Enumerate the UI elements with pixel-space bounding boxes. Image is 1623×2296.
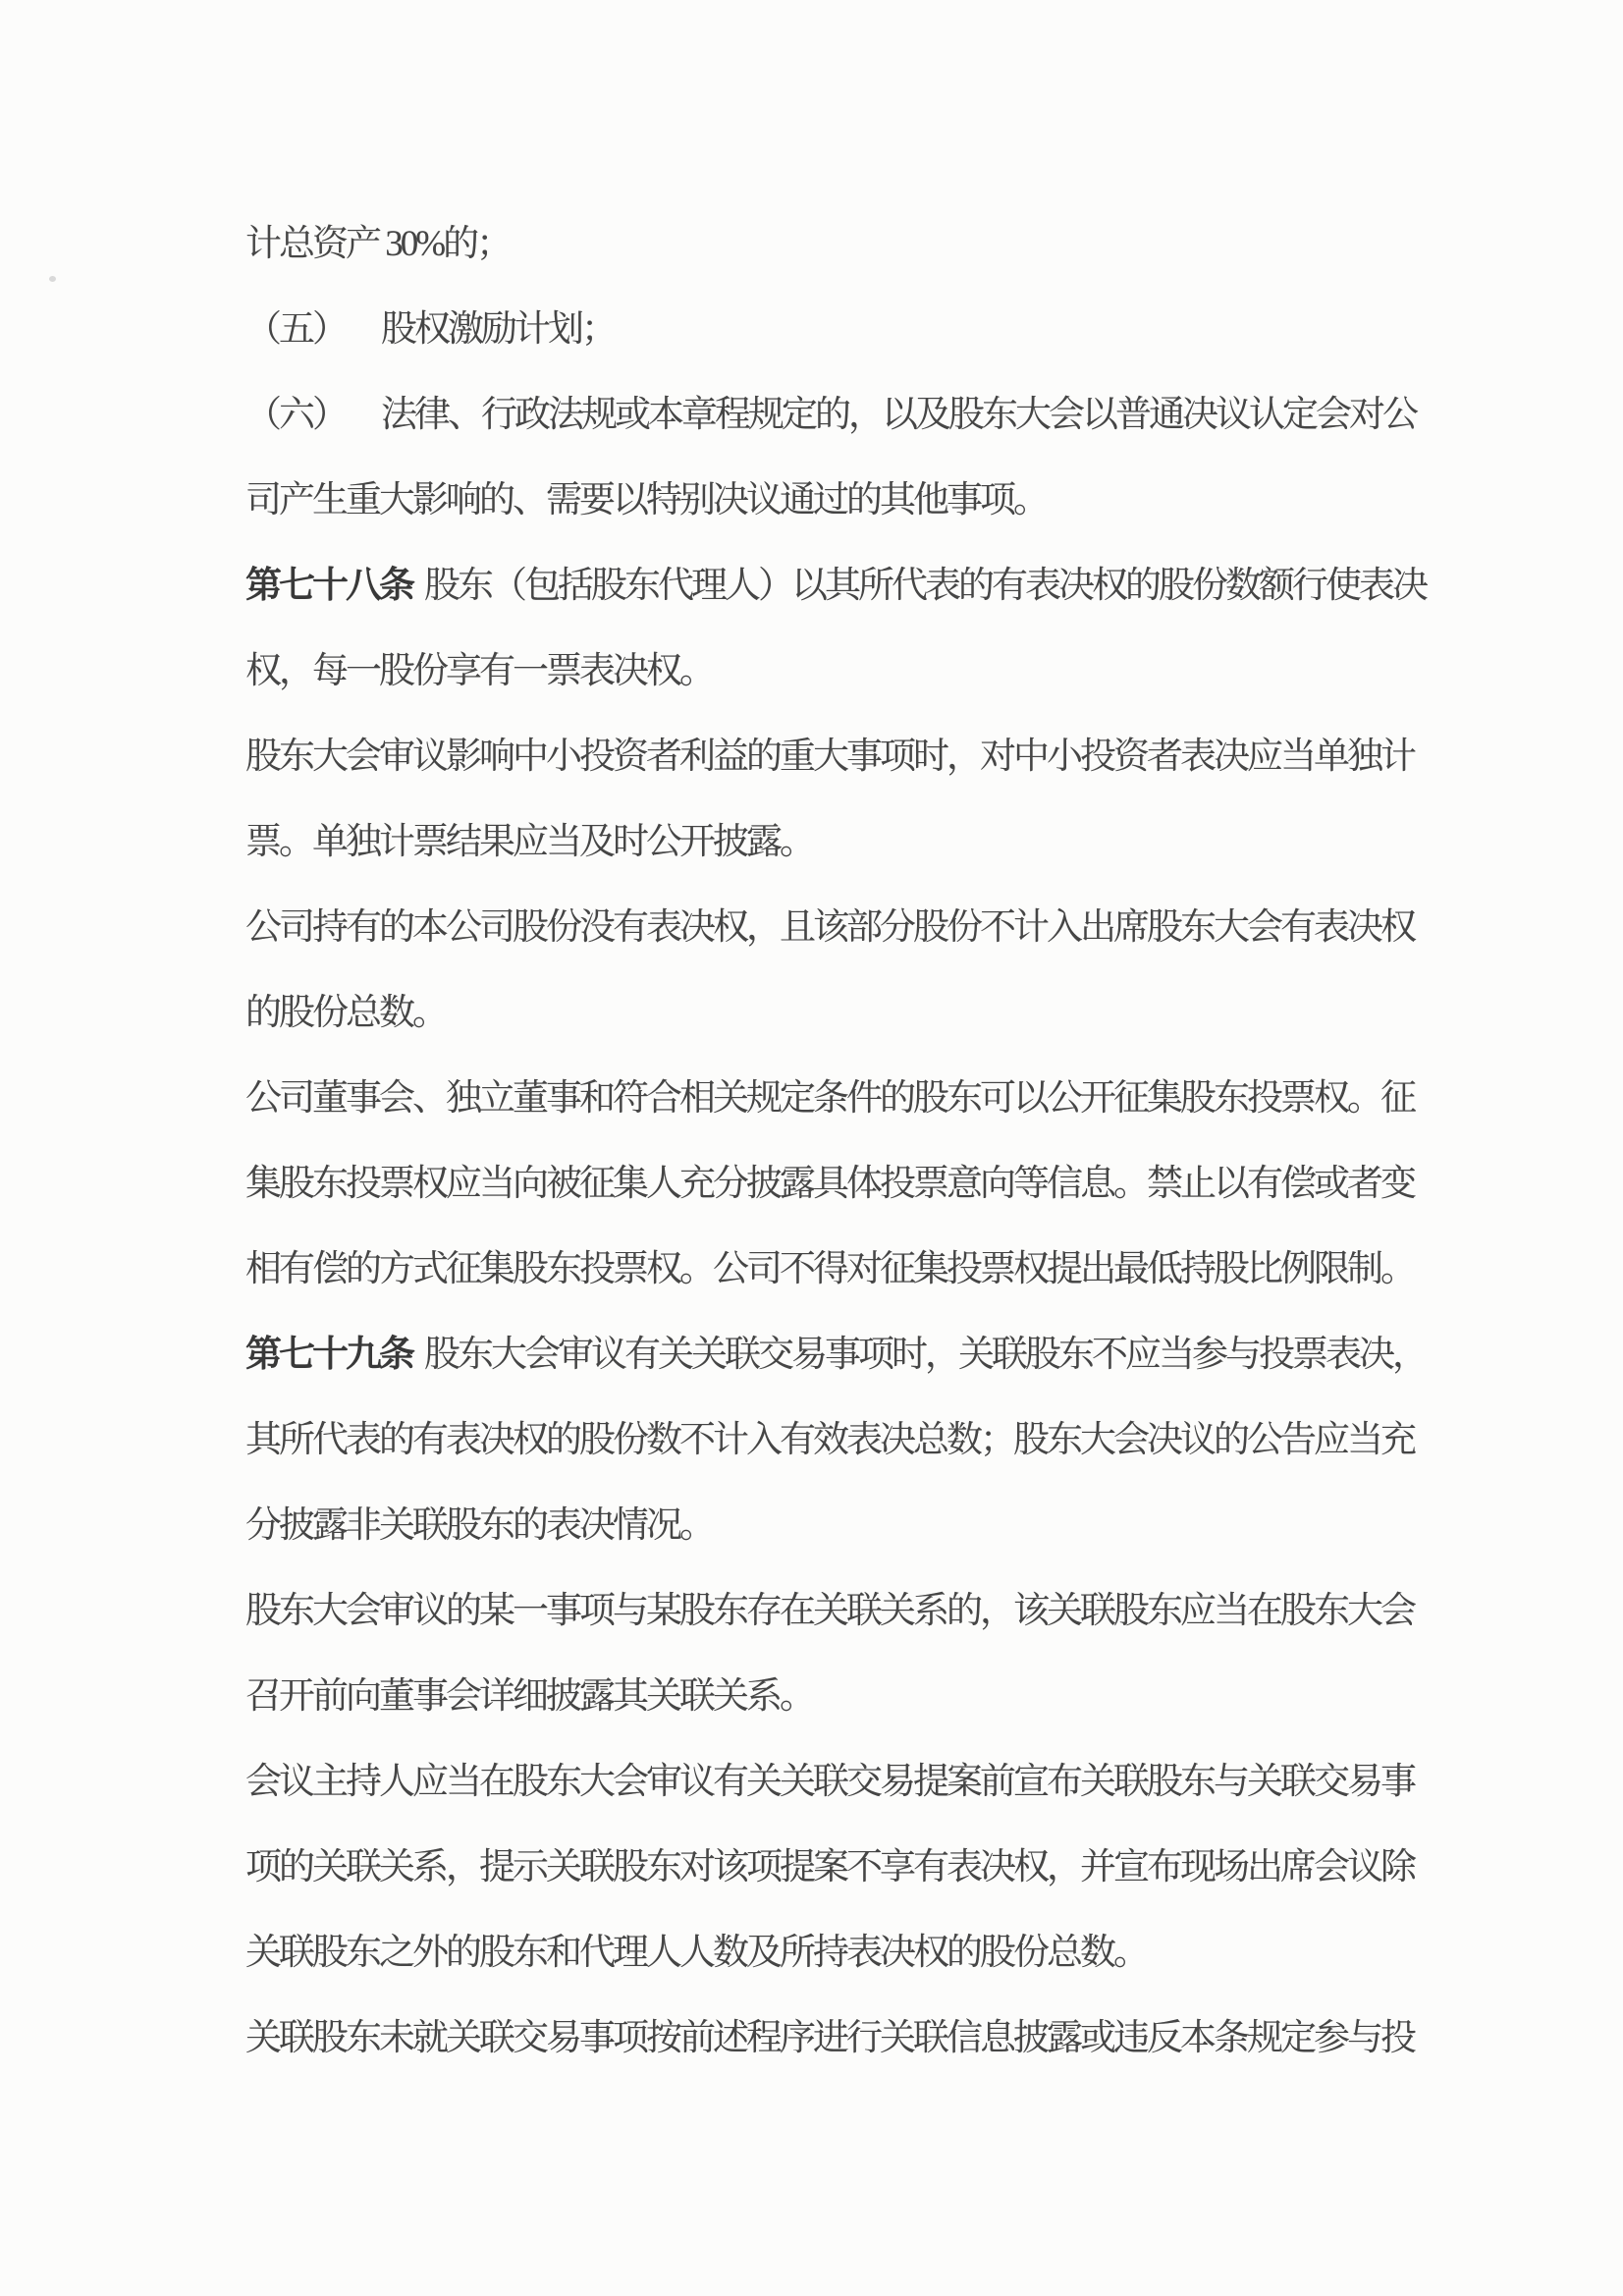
- text-segment: 分披露非关联股东的表决情况。: [245, 1505, 713, 1546]
- text-line-20: 项的关联关系，提示关联股东对该项提案不享有表决权，并宣布现场出席会议除: [245, 1825, 1414, 1910]
- text-line-13: 相有偿的方式征集股东投票权。公司不得对征集投票权提出最低持股比例限制。: [245, 1227, 1414, 1312]
- text-line-4: 司产生重大影响的、需要以特别决议通过的其他事项。: [245, 458, 1414, 543]
- text-segment: 权，每一股份享有一票表决权。: [245, 651, 713, 691]
- text-segment: 票。单独计票结果应当及时公开披露。: [245, 822, 813, 862]
- text-segment: 股东大会审议影响中小投资者利益的重大事项时，对中小投资者表决应当单独计: [245, 737, 1414, 777]
- text-segment: 法律、行政法规或本章程规定的，以及股东大会以普通决议认定会对公: [381, 395, 1416, 435]
- text-segment: 股东大会审议的某一事项与某股东存在关联关系的，该关联股东应当在股东大会: [245, 1591, 1414, 1631]
- document-text: 计总资产 30%的；（五）股权激励计划；（六）法律、行政法规或本章程规定的，以及…: [245, 201, 1414, 2081]
- text-segment: 计总资产 30%的；: [245, 224, 510, 264]
- marker-gap: [346, 340, 381, 341]
- text-segment: 股东（包括股东代理人）以其所代表的有表决权的股份数额行使表决: [424, 566, 1426, 606]
- text-line-1: 计总资产 30%的；: [245, 201, 1414, 287]
- article-number: 第七十九条: [245, 1335, 412, 1375]
- text-line-17: 股东大会审议的某一事项与某股东存在关联关系的，该关联股东应当在股东大会: [245, 1568, 1414, 1654]
- text-segment: 公司持有的本公司股份没有表决权，且该部分股份不计入出席股东大会有表决权: [245, 907, 1414, 948]
- text-segment: 相有偿的方式征集股东投票权。公司不得对征集投票权提出最低持股比例限制。: [245, 1249, 1414, 1289]
- text-segment: 公司董事会、独立董事和符合相关规定条件的股东可以公开征集股东投票权。征: [245, 1078, 1414, 1119]
- text-line-9: 公司持有的本公司股份没有表决权，且该部分股份不计入出席股东大会有表决权: [245, 885, 1414, 970]
- text-line-18: 召开前向董事会详细披露其关联关系。: [245, 1654, 1414, 1739]
- marker-gap: [412, 596, 424, 597]
- text-segment: 会议主持人应当在股东大会审议有关关联交易提案前宣布关联股东与关联交易事: [245, 1762, 1414, 1802]
- text-line-8: 票。单独计票结果应当及时公开披露。: [245, 799, 1414, 885]
- text-segment: 司产生重大影响的、需要以特别决议通过的其他事项。: [245, 480, 1047, 520]
- text-segment: （六）: [245, 395, 346, 435]
- text-line-3: （六）法律、行政法规或本章程规定的，以及股东大会以普通决议认定会对公: [245, 372, 1414, 458]
- text-segment: 其所代表的有表决权的股份数不计入有效表决总数；股东大会决议的公告应当充: [245, 1420, 1414, 1460]
- text-line-14: 第七十九条股东大会审议有关关联交易事项时，关联股东不应当参与投票表决，: [245, 1312, 1414, 1397]
- scanned-document-page: 计总资产 30%的；（五）股权激励计划；（六）法律、行政法规或本章程规定的，以及…: [0, 0, 1623, 2296]
- marker-gap: [346, 425, 381, 426]
- text-line-15: 其所代表的有表决权的股份数不计入有效表决总数；股东大会决议的公告应当充: [245, 1397, 1414, 1483]
- text-segment: 关联股东之外的股东和代理人人数及所持表决权的股份总数。: [245, 1933, 1147, 1973]
- text-segment: 集股东投票权应当向被征集人充分披露具体投票意向等信息。禁止以有偿或者变: [245, 1164, 1414, 1204]
- text-line-21: 关联股东之外的股东和代理人人数及所持表决权的股份总数。: [245, 1910, 1414, 1995]
- text-segment: （五）: [245, 309, 346, 350]
- text-segment: 股权激励计划；: [381, 309, 615, 350]
- text-line-11: 公司董事会、独立董事和符合相关规定条件的股东可以公开征集股东投票权。征: [245, 1056, 1414, 1141]
- text-segment: 项的关联关系，提示关联股东对该项提案不享有表决权，并宣布现场出席会议除: [245, 1847, 1414, 1887]
- text-line-16: 分披露非关联股东的表决情况。: [245, 1483, 1414, 1568]
- text-line-12: 集股东投票权应当向被征集人充分披露具体投票意向等信息。禁止以有偿或者变: [245, 1141, 1414, 1227]
- text-segment: 的股份总数。: [245, 993, 446, 1033]
- article-number: 第七十八条: [245, 566, 412, 606]
- marker-gap: [412, 1365, 424, 1366]
- text-segment: 召开前向董事会详细披露其关联关系。: [245, 1676, 813, 1717]
- text-line-5: 第七十八条股东（包括股东代理人）以其所代表的有表决权的股份数额行使表决: [245, 543, 1414, 629]
- text-line-19: 会议主持人应当在股东大会审议有关关联交易提案前宣布关联股东与关联交易事: [245, 1739, 1414, 1825]
- text-line-10: 的股份总数。: [245, 970, 1414, 1056]
- text-line-6: 权，每一股份享有一票表决权。: [245, 629, 1414, 714]
- text-segment: 关联股东未就关联交易事项按前述程序进行关联信息披露或违反本条规定参与投: [245, 2018, 1414, 2058]
- scan-artifact-dot: [49, 276, 56, 282]
- text-segment: 股东大会审议有关关联交易事项时，关联股东不应当参与投票表决，: [424, 1335, 1426, 1375]
- text-line-7: 股东大会审议影响中小投资者利益的重大事项时，对中小投资者表决应当单独计: [245, 714, 1414, 799]
- text-line-2: （五）股权激励计划；: [245, 287, 1414, 372]
- text-line-22: 关联股东未就关联交易事项按前述程序进行关联信息披露或违反本条规定参与投: [245, 1995, 1414, 2081]
